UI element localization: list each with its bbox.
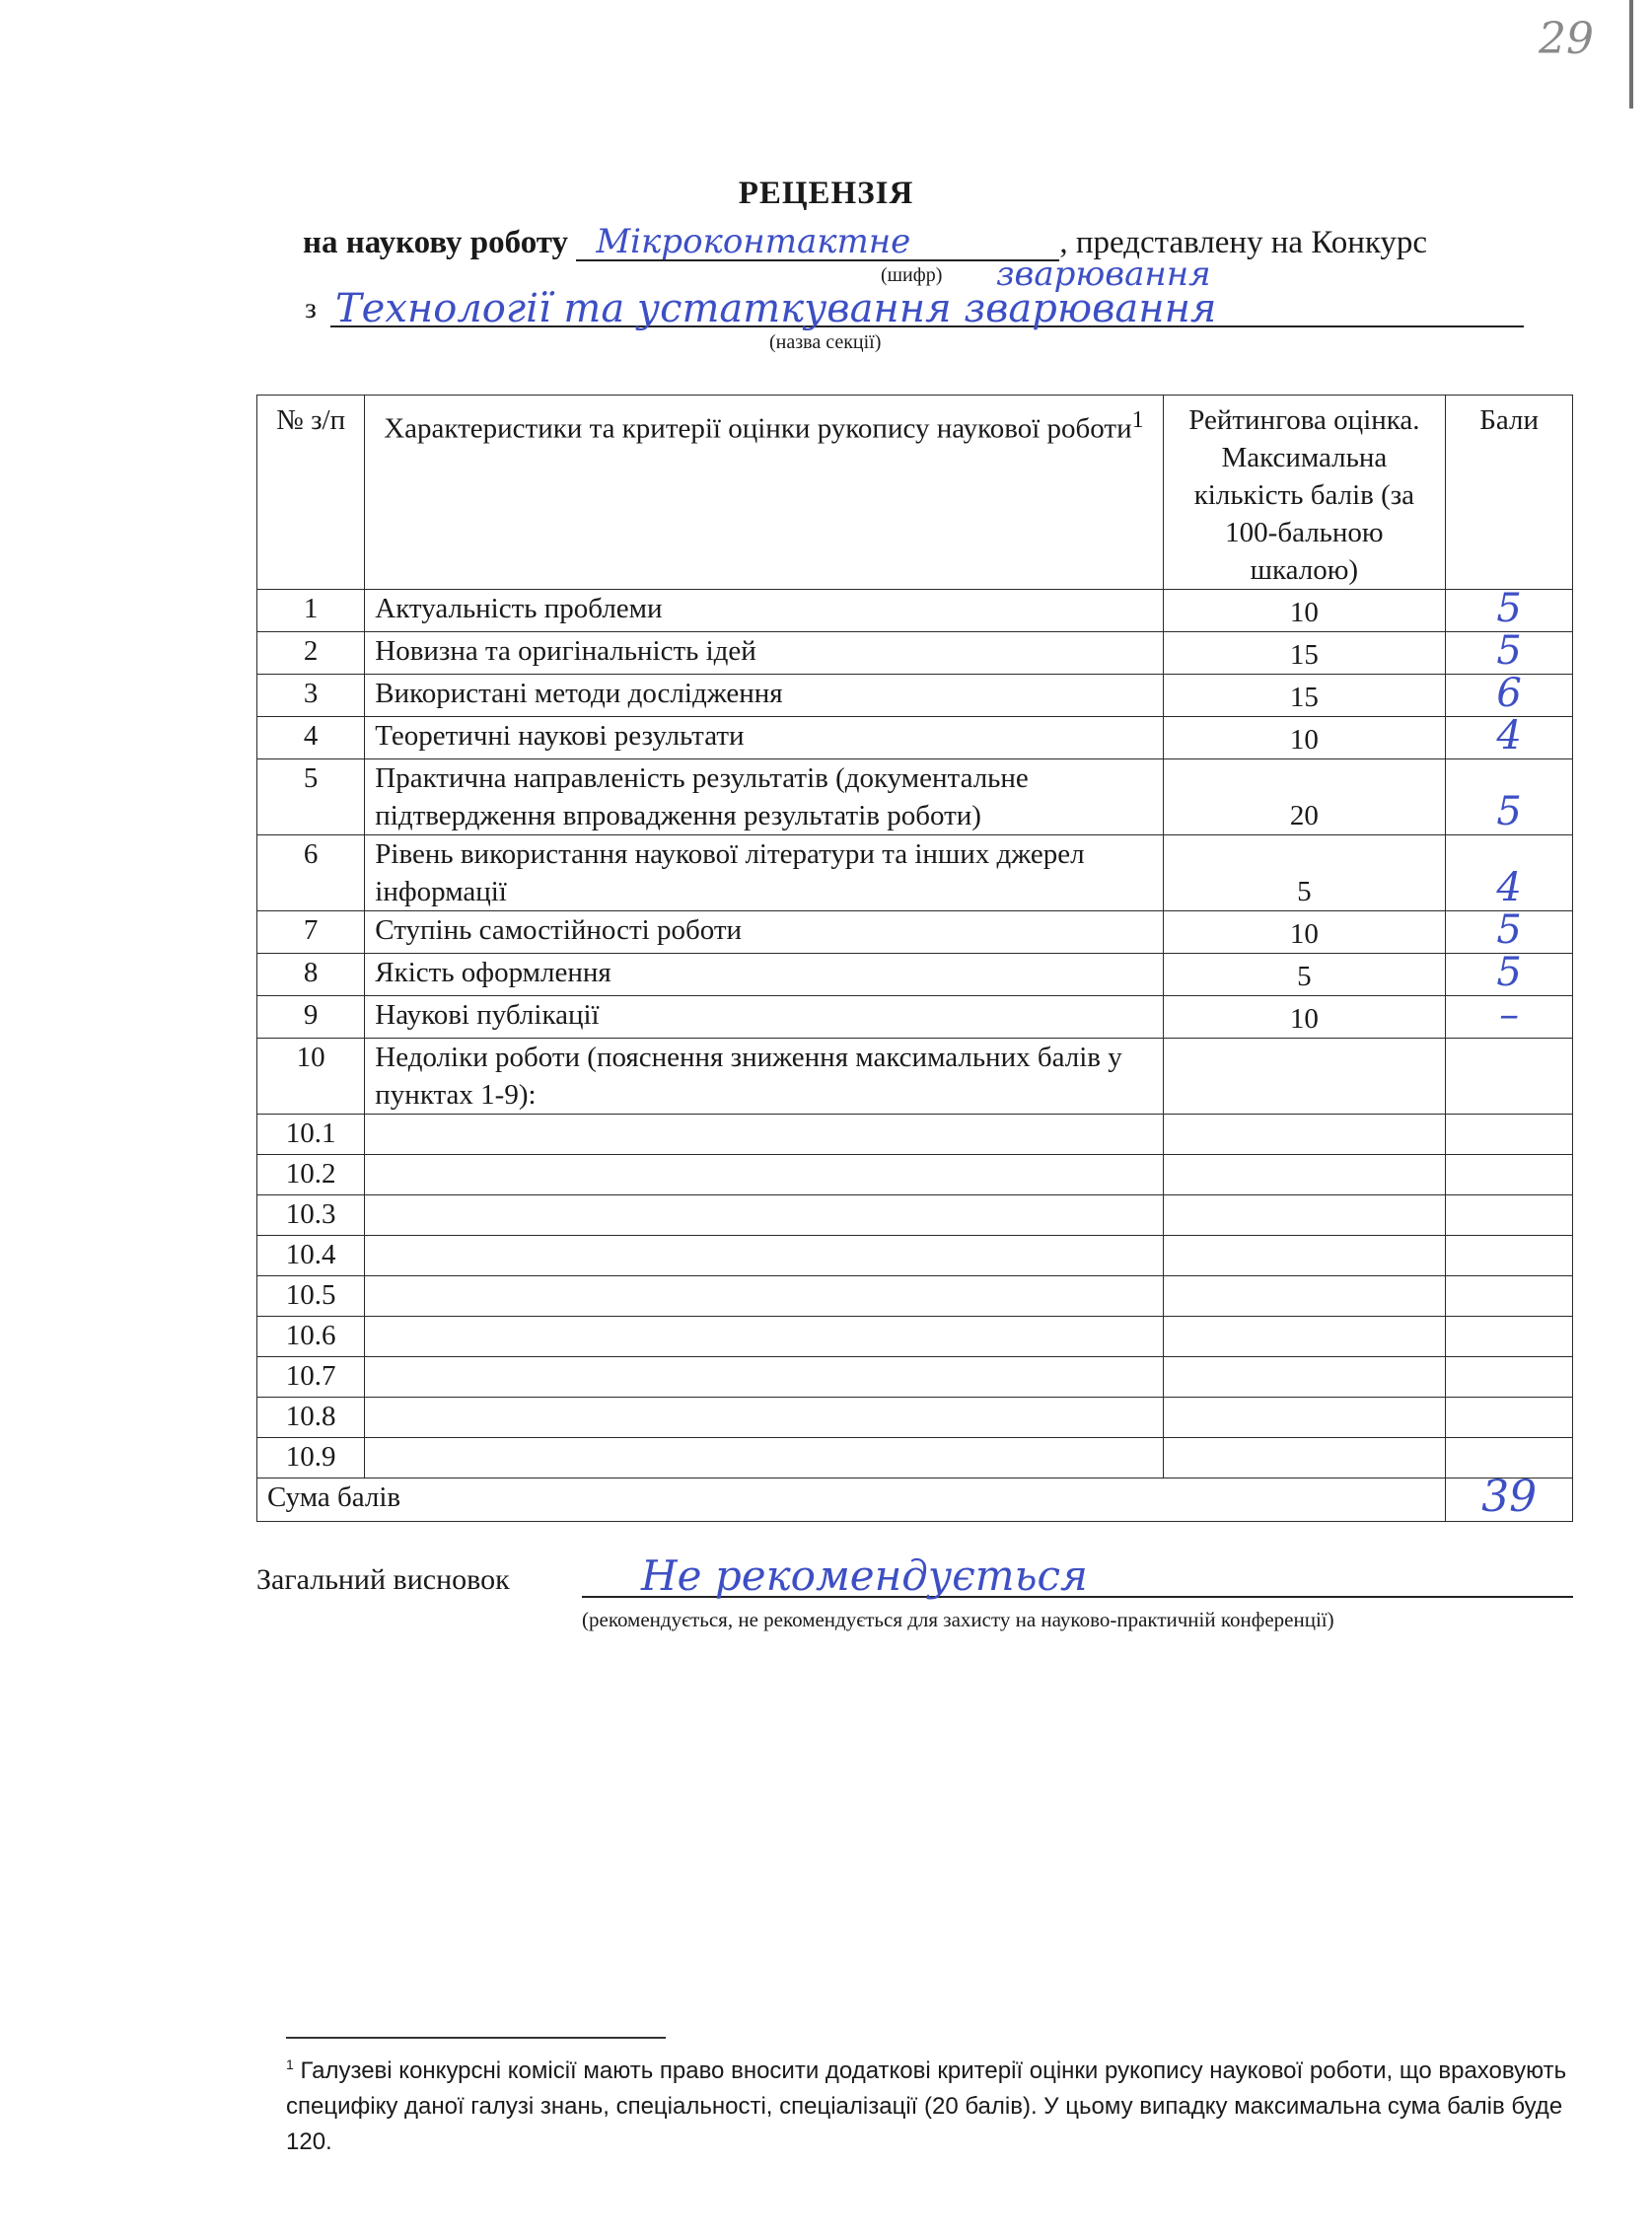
row-no: 9 (257, 996, 365, 1039)
deficiency-row: 10.2 (257, 1155, 1573, 1195)
sub-row-no: 10.2 (257, 1155, 365, 1195)
table-header-row: № з/п Характеристики та критерії оцінки … (257, 396, 1573, 590)
row-score: 5 (1496, 907, 1521, 953)
footnote: 1 Галузеві конкурсні комісії мають право… (286, 2047, 1568, 2160)
deficiency-row: 10.8 (257, 1398, 1573, 1438)
header-criteria-text: Характеристики та критерії оцінки рукопи… (384, 413, 1131, 445)
header-criteria: Характеристики та критерії оцінки рукопи… (365, 396, 1163, 590)
row-score-cell[interactable] (1446, 1039, 1573, 1115)
row-score: – (1499, 992, 1519, 1038)
row-no: 7 (257, 911, 365, 954)
table-row: 3Використані методи дослідження156 (257, 675, 1573, 717)
sub-max-cell (1163, 1317, 1446, 1357)
deficiency-row: 10.4 (257, 1236, 1573, 1276)
deficiency-row: 10.3 (257, 1195, 1573, 1236)
row-score-cell[interactable]: 5 (1446, 759, 1573, 835)
sub-max-cell (1163, 1438, 1446, 1479)
row-no: 2 (257, 632, 365, 675)
table-row: 10Недоліки роботи (пояснення зниження ма… (257, 1039, 1573, 1115)
row-score-cell[interactable]: – (1446, 996, 1573, 1039)
row-no: 6 (257, 835, 365, 911)
deficiency-row: 10.6 (257, 1317, 1573, 1357)
sub-score-cell[interactable] (1446, 1276, 1573, 1317)
row-score-cell[interactable]: 5 (1446, 954, 1573, 996)
row-max: 5 (1163, 835, 1446, 911)
row-criterion: Новизна та оригінальність ідей (365, 632, 1163, 675)
row-no: 8 (257, 954, 365, 996)
row-no: 4 (257, 717, 365, 759)
cipher-field[interactable]: Мікроконтактне (576, 226, 1059, 261)
deficiency-row: 10.7 (257, 1357, 1573, 1398)
section-prefix: з (305, 292, 317, 325)
sub-row-no: 10.3 (257, 1195, 365, 1236)
row-criterion: Наукові публікації (365, 996, 1163, 1039)
row-score-cell[interactable]: 4 (1446, 835, 1573, 911)
row-score-cell[interactable]: 4 (1446, 717, 1573, 759)
sub-row-no: 10.8 (257, 1398, 365, 1438)
sub-score-cell[interactable] (1446, 1155, 1573, 1195)
row-score: 4 (1496, 713, 1521, 758)
sub-score-cell[interactable] (1446, 1357, 1573, 1398)
sub-row-no: 10.4 (257, 1236, 365, 1276)
deficiency-text-cell[interactable] (365, 1276, 1163, 1317)
section-field[interactable]: Технології та устаткування зварювання (330, 282, 1524, 327)
work-prefix: на наукову роботу (303, 225, 568, 260)
table-row: 8Якість оформлення55 (257, 954, 1573, 996)
sub-max-cell (1163, 1357, 1446, 1398)
document-title: РЕЦЕНЗІЯ (0, 176, 1652, 212)
row-criterion: Використані методи дослідження (365, 675, 1163, 717)
header-no: № з/п (257, 396, 365, 590)
row-criterion: Практична направленість результатів (док… (365, 759, 1163, 835)
row-criterion: Недоліки роботи (пояснення зниження макс… (365, 1039, 1163, 1115)
header-max: Рейтингова оцінка. Максимальна кількість… (1163, 396, 1446, 590)
row-score-cell[interactable]: 5 (1446, 632, 1573, 675)
table-row: 7Ступінь самостійності роботи105 (257, 911, 1573, 954)
footnote-ref: 1 (1132, 406, 1144, 433)
sub-row-no: 10.1 (257, 1115, 365, 1155)
sub-score-cell[interactable] (1446, 1195, 1573, 1236)
row-no: 3 (257, 675, 365, 717)
row-max: 10 (1163, 996, 1446, 1039)
row-score: 4 (1496, 865, 1521, 910)
sub-score-cell[interactable] (1446, 1317, 1573, 1357)
sub-max-cell (1163, 1155, 1446, 1195)
footnote-text: Галузеві конкурсні комісії мають право в… (286, 2057, 1566, 2155)
deficiency-text-cell[interactable] (365, 1438, 1163, 1479)
footnote-divider (286, 2037, 666, 2039)
row-criterion: Ступінь самостійності роботи (365, 911, 1163, 954)
row-score-cell[interactable]: 5 (1446, 911, 1573, 954)
table-row: 6Рівень використання наукової літератури… (257, 835, 1573, 911)
criteria-table: № з/п Характеристики та критерії оцінки … (256, 395, 1573, 1522)
sub-row-no: 10.7 (257, 1357, 365, 1398)
cipher-value: Мікроконтактне (596, 222, 910, 261)
row-score: 5 (1496, 950, 1521, 995)
row-score: 5 (1496, 586, 1521, 631)
table-row: 9Наукові публікації10– (257, 996, 1573, 1039)
row-criterion: Актуальність проблеми (365, 590, 1163, 632)
header-score: Бали (1446, 396, 1573, 590)
sub-score-cell[interactable] (1446, 1115, 1573, 1155)
scan-edge (1629, 0, 1633, 108)
row-score: 5 (1496, 789, 1521, 834)
deficiency-text-cell[interactable] (365, 1317, 1163, 1357)
row-score-cell[interactable]: 5 (1446, 590, 1573, 632)
sum-row: Сума балів39 (257, 1479, 1573, 1522)
conclusion-value: Не рекомендується (641, 1551, 1088, 1600)
row-no: 10 (257, 1039, 365, 1115)
sub-max-cell (1163, 1115, 1446, 1155)
row-criterion: Рівень використання наукової літератури … (365, 835, 1163, 911)
row-criterion: Якість оформлення (365, 954, 1163, 996)
conclusion-label: Загальний висновок (256, 1563, 510, 1597)
table-row: 4Теоретичні наукові результати104 (257, 717, 1573, 759)
sub-max-cell (1163, 1398, 1446, 1438)
sub-row-no: 10.5 (257, 1276, 365, 1317)
row-max: 10 (1163, 911, 1446, 954)
row-max: 20 (1163, 759, 1446, 835)
table-row: 5Практична направленість результатів (до… (257, 759, 1573, 835)
row-max: 15 (1163, 675, 1446, 717)
section-caption: (назва секції) (769, 331, 881, 354)
sub-row-no: 10.6 (257, 1317, 365, 1357)
sub-score-cell[interactable] (1446, 1236, 1573, 1276)
row-no: 1 (257, 590, 365, 632)
sub-score-cell[interactable] (1446, 1398, 1573, 1438)
deficiency-text-cell[interactable] (365, 1236, 1163, 1276)
page-number: 29 (1539, 14, 1594, 64)
row-max: 5 (1163, 954, 1446, 996)
deficiency-row: 10.1 (257, 1115, 1573, 1155)
deficiency-text-cell[interactable] (365, 1115, 1163, 1155)
sub-max-cell (1163, 1195, 1446, 1236)
deficiency-text-cell[interactable] (365, 1357, 1163, 1398)
sum-label: Сума балів (257, 1479, 1446, 1522)
work-line: на наукову роботу Мікроконтактне, предст… (303, 225, 1427, 261)
conclusion-caption: (рекомендується, не рекомендується для з… (582, 1608, 1334, 1632)
sub-max-cell (1163, 1276, 1446, 1317)
sub-max-cell (1163, 1236, 1446, 1276)
row-max: 10 (1163, 717, 1446, 759)
sub-row-no: 10.9 (257, 1438, 365, 1479)
row-max: 10 (1163, 590, 1446, 632)
row-no: 5 (257, 759, 365, 835)
deficiency-text-cell[interactable] (365, 1195, 1163, 1236)
deficiency-row: 10.5 (257, 1276, 1573, 1317)
sum-value: 39 (1481, 1472, 1537, 1522)
row-criterion: Теоретичні наукові результати (365, 717, 1163, 759)
row-max: 15 (1163, 632, 1446, 675)
deficiency-text-cell[interactable] (365, 1398, 1163, 1438)
row-max (1163, 1039, 1446, 1115)
row-score: 6 (1496, 671, 1521, 716)
row-score: 5 (1496, 628, 1521, 674)
sum-cell[interactable]: 39 (1446, 1479, 1573, 1522)
table-row: 2Новизна та оригінальність ідей155 (257, 632, 1573, 675)
section-value: Технології та устаткування зварювання (335, 286, 1216, 331)
table-row: 1Актуальність проблеми105 (257, 590, 1573, 632)
footnote-marker: 1 (286, 2056, 294, 2072)
deficiency-row: 10.9 (257, 1438, 1573, 1479)
row-score-cell[interactable]: 6 (1446, 675, 1573, 717)
conclusion-field[interactable]: Не рекомендується (582, 1549, 1573, 1598)
deficiency-text-cell[interactable] (365, 1155, 1163, 1195)
